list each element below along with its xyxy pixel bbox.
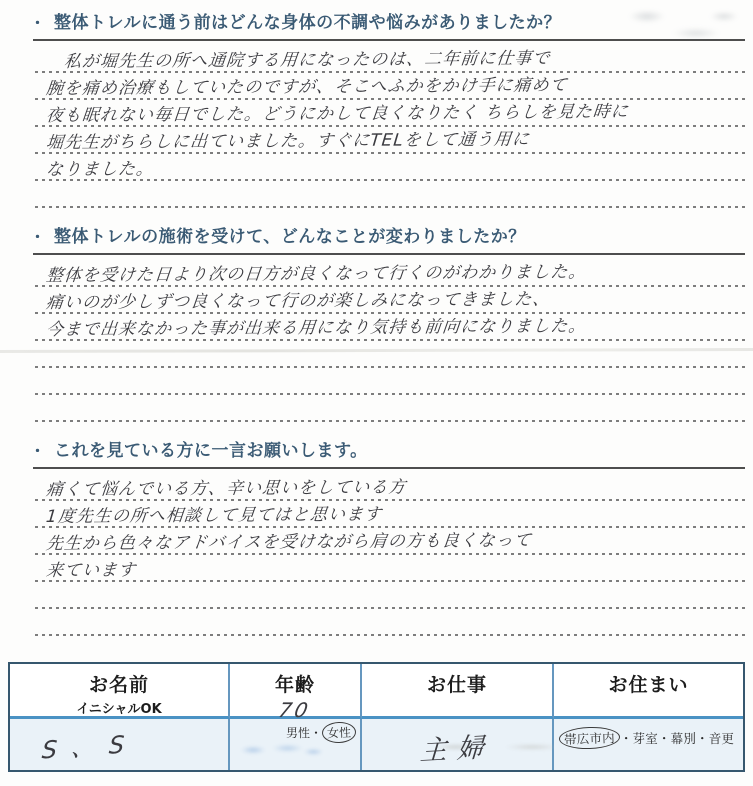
handwritten-answer: 整体を受けた日より次の日方が良くなって行くのがわかりました。 (45, 257, 588, 286)
value-cell-residence: 帯広市内・芽室・幕別・音更 (554, 719, 743, 770)
header-cell-job: お仕事 (362, 664, 554, 719)
header-cell-age: 年齢 70 (230, 664, 362, 719)
handwritten-answer: 私が堀先生の所へ通院する用になったのは、二年前に仕事で (63, 44, 552, 72)
handwritten-answer: 今まで出来なかった事が出来る用になり気持も前向になりました。 (45, 311, 588, 340)
question-1-underline (33, 39, 745, 41)
answer-line-empty (35, 609, 745, 636)
answer-line: 夜も眠れない毎日でした。どうにかして良くなりたく ちらしを見た時に (35, 100, 745, 127)
question-2: ・ 整体トレルの施術を受けて、どんなことが変わりましたか？ (30, 226, 743, 249)
answer-line-empty (35, 582, 745, 609)
respondent-profile-table: お名前 イニシャルOK 年齢 70 お仕事 お住まい S、S 男性・女性 主婦 (8, 662, 745, 772)
questionnaire-scan: ・ 整体トレルに通う前はどんな身体の不調や悩みがありましたか？ 私が堀先生の所へ… (0, 0, 753, 786)
answer-block-3: 痛くて悩んでいる方、辛い思いをしている方 1度先生の所へ相談して見てはと思います… (35, 471, 745, 636)
answer-line: 腕を痛め治療もしていたのですが、そこへふかをかけ手に痛めて (35, 73, 745, 100)
answer-line: 今まで出来なかった事が出来る用になり気持も前向になりました。 (35, 314, 745, 341)
residence-header-label: お住まい (554, 670, 743, 697)
residence-other-options: ・芽室・幕別・音更 (620, 731, 734, 746)
question-1-label: 整体トレルに通う前はどんな身体の不調や悩みがありましたか？ (54, 12, 561, 35)
circled-option-obihiro: 帯広市内 (559, 726, 621, 750)
question-3-label: これを見ている方に一言お願いします。 (54, 440, 368, 463)
question-section-2: ・ 整体トレルの施術を受けて、どんなことが変わりましたか？ 整体を受けた日より次… (0, 226, 753, 422)
header-cell-residence: お住まい (554, 664, 743, 719)
answer-line: 堀先生がちらしに出ていました。すぐにTELをして通う用に (35, 127, 745, 154)
answer-block-2: 整体を受けた日より次の日方が良くなって行くのがわかりました。 痛いのが少しずつ良… (35, 257, 745, 422)
handwritten-name-initials: S、S (41, 724, 140, 766)
handwritten-answer: 堀先生がちらしに出ていました。すぐにTELをして通う用に (45, 125, 531, 153)
bullet-icon: ・ (30, 226, 54, 249)
answer-line: 痛くて悩んでいる方、辛い思いをしている方 (35, 471, 745, 501)
gender-options: 男性・女性 (286, 722, 356, 743)
bullet-icon: ・ (30, 12, 54, 35)
answer-block-1: 私が堀先生の所へ通院する用になったのは、二年前に仕事で 腕を痛め治療もしていたの… (35, 43, 745, 208)
handwritten-answer: 来ています (45, 555, 138, 581)
header-cell-name: お名前 イニシャルOK (10, 664, 230, 719)
handwritten-job-value: 主婦 (419, 725, 495, 768)
value-cell-gender: 男性・女性 (230, 719, 362, 770)
ink-bleedthrough-artifact (236, 741, 322, 759)
handwritten-answer: 痛いのが少しずつ良くなって行のが楽しみになってきました、 (45, 284, 552, 313)
handwritten-answer: 夜も眠れない毎日でした。どうにかして良くなりたく ちらしを見た時に (45, 97, 630, 126)
handwritten-answer: 1度先生の所へ相談して見てはと思います (45, 500, 384, 527)
answer-line: 1度先生の所へ相談して見てはと思います (35, 501, 745, 528)
residence-options: 帯広市内・芽室・幕別・音更 (559, 727, 734, 749)
question-3: ・ これを見ている方に一言お願いします。 (30, 440, 743, 463)
answer-line: 私が堀先生の所へ通院する用になったのは、二年前に仕事で (35, 43, 745, 73)
answer-line: 整体を受けた日より次の日方が良くなって行くのがわかりました。 (35, 257, 745, 287)
answer-line: 痛いのが少しずつ良くなって行のが楽しみになってきました、 (35, 287, 745, 314)
name-header-subnote: イニシャルOK (10, 698, 228, 717)
value-cell-name: S、S (10, 719, 230, 770)
question-3-underline (33, 467, 745, 469)
name-header-label: お名前 (10, 670, 228, 697)
answer-line-empty (35, 181, 745, 208)
handwritten-answer: 腕を痛め治療もしていたのですが、そこへふかをかけ手に痛めて (45, 70, 569, 99)
handwritten-answer: 痛くて悩んでいる方、辛い思いをしている方 (45, 472, 408, 500)
answer-line: 来ています (35, 555, 745, 582)
question-section-1: ・ 整体トレルに通う前はどんな身体の不調や悩みがありましたか？ 私が堀先生の所へ… (0, 0, 753, 208)
question-section-3: ・ これを見ている方に一言お願いします。 痛くて悩んでいる方、辛い思いをしている… (0, 440, 753, 636)
job-header-label: お仕事 (362, 670, 552, 697)
bullet-icon: ・ (30, 440, 54, 463)
value-cell-job: 主婦 (362, 719, 554, 770)
answer-line: なりました。 (35, 154, 745, 181)
answer-line: 先生から色々なアドバイスを受けながら肩の方も良くなって (35, 528, 745, 555)
question-2-label: 整体トレルの施術を受けて、どんなことが変わりましたか？ (54, 226, 526, 249)
answer-line-empty (35, 341, 745, 368)
question-1: ・ 整体トレルに通う前はどんな身体の不調や悩みがありましたか？ (30, 12, 743, 35)
answer-line-empty (35, 395, 745, 422)
handwritten-answer: 先生から色々なアドバイスを受けながら肩の方も良くなって (45, 526, 533, 554)
question-2-underline (33, 253, 745, 255)
handwritten-answer: なりました。 (45, 154, 156, 180)
circled-option-female: 女性 (322, 721, 357, 743)
age-header-label: 年齢 (230, 670, 360, 697)
gender-option-male: 男性・ (286, 726, 322, 740)
answer-line-empty (35, 368, 745, 395)
